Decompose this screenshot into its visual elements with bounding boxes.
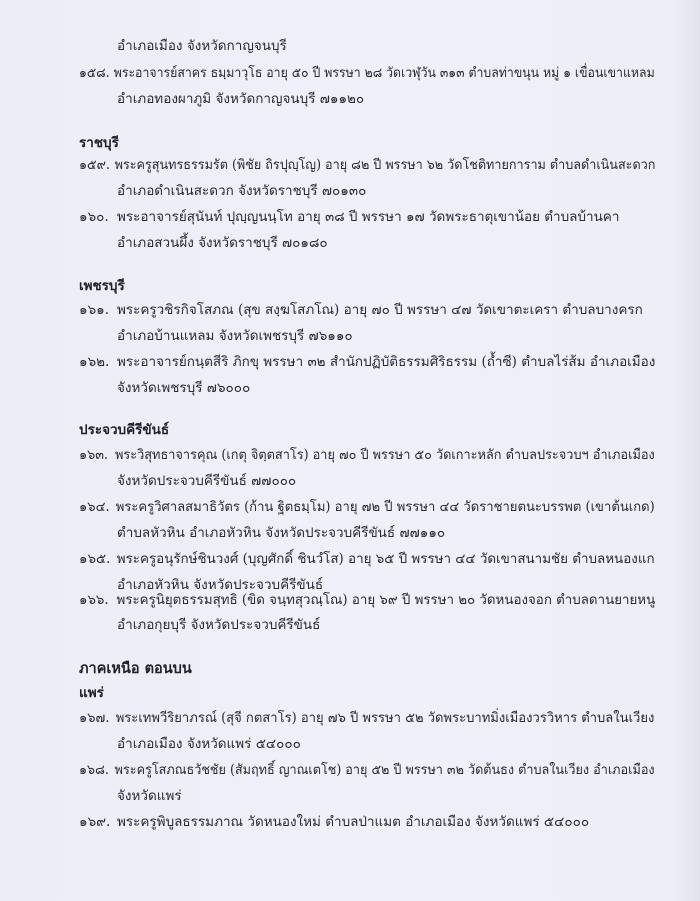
item-text: พระวิสุทธาจารคุณ (เกตุ จิตฺตสาโร) อายุ ๗… [115,447,655,463]
item-number: ๑๖๘. [79,760,115,780]
list-item-162: ๑๖๒.พระอาจารย์กนฺตสีริ ภิกขุ พรรษา ๓๒ สำ… [79,352,655,372]
item-number: ๑๖๕. [79,549,117,569]
item-number: ๑๖๒. [79,352,117,372]
list-item-165: ๑๖๕.พระครูอนุรักษ์ชินวงศ์ (บุญศักดิ์ ชิน… [79,549,655,569]
entry-continuation: อำเภอทองผาภูมิ จังหวัดกาญจนบุรี ๗๑๑๒๐ [117,89,364,109]
item-number: ๑๕๘. [79,63,114,83]
item-text: พระอาจารย์สาคร ธมฺมาวุโธ อายุ ๕๐ ปี พรรษ… [114,65,655,81]
region-heading-upper-north: ภาคเหนือ ตอนบน [79,659,192,679]
entry-continuation: อำเภอเมือง จังหวัดกาญจนบุรี [117,36,287,56]
item-text: พระครูสุนทรธรรมรัต (พิชัย ถิรปุญฺโญ) อาย… [115,157,656,173]
entry-continuation: อำเภอกุยบุรี จังหวัดประจวบคีรีขันธ์ [117,615,320,635]
item-text: พระครูนิยุตธรรมสุทธิ (ขิด จนฺทสุวณฺโณ) อ… [117,592,656,608]
entry-continuation: จังหวัดประจวบคีรีขันธ์ ๗๗๐๐๐ [117,471,296,491]
entry-continuation: อำเภอดำเนินสะดวก จังหวัดราชบุรี ๗๐๑๓๐ [117,181,366,201]
province-heading-ratchaburi: ราชบุรี [79,133,119,153]
item-text: พระครูพิบูลธรรมภาณ วัดหนองใหม่ ตำบลป่าแม… [117,814,589,830]
item-number: ๑๖๗. [79,708,116,728]
item-number: ๑๖๐. [79,207,117,227]
item-number: ๑๖๓. [79,445,115,465]
province-heading-prachuap: ประจวบคีรีขันธ์ [79,420,169,440]
province-heading-phetchaburi: เพชรบุรี [79,276,125,296]
list-item-160: ๑๖๐.พระอาจารย์สุนันท์ ปุญฺญนนฺโท อายุ ๓๘… [79,207,619,227]
list-item-166: ๑๖๖.พระครูนิยุตธรรมสุทธิ (ขิด จนฺทสุวณฺโ… [79,590,655,610]
entry-continuation: ตำบลหัวหิน อำเภอหัวหิน จังหวัดประจวบคีรี… [117,523,445,543]
item-number: ๑๖๙. [79,812,117,832]
item-number: ๑๕๙. [79,155,115,175]
entry-continuation: อำเภอเมือง จังหวัดแพร่ ๕๔๐๐๐ [117,734,301,754]
item-text: พระครูโสภณธวัชชัย (สัมฤทธิ์ ญาณเตโช) อาย… [115,762,655,778]
item-number: ๑๖๖. [79,590,117,610]
list-item-164: ๑๖๔.พระครูวิศาลสมาธิวัตร (ก้าน ฐิตธมฺโม)… [79,497,655,517]
list-item-161: ๑๖๑.พระครูวชิรกิจโสภณ (สุข สงฺฆโสภโณ) อา… [79,300,643,320]
item-text: พระอาจารย์สุนันท์ ปุญฺญนนฺโท อายุ ๓๘ ปี … [117,209,619,225]
list-item-158: ๑๕๘.พระอาจารย์สาคร ธมฺมาวุโธ อายุ ๕๐ ปี … [79,63,655,83]
list-item-169: ๑๖๙.พระครูพิบูลธรรมภาณ วัดหนองใหม่ ตำบลป… [79,812,589,832]
entry-continuation: อำเภอบ้านแหลม จังหวัดเพชรบุรี ๗๖๑๑๐ [117,326,353,346]
item-number: ๑๖๔. [79,497,116,517]
item-text: พระครูวิศาลสมาธิวัตร (ก้าน ฐิตธมฺโม) อาย… [116,499,655,515]
list-item-167: ๑๖๗.พระเทพวีริยาภรณ์ (สุจี กตสาโร) อายุ … [79,708,654,728]
item-number: ๑๖๑. [79,300,117,320]
list-item-168: ๑๖๘.พระครูโสภณธวัชชัย (สัมฤทธิ์ ญาณเตโช)… [79,760,655,780]
item-text: พระอาจารย์กนฺตสีริ ภิกขุ พรรษา ๓๒ สำนักป… [117,354,655,370]
entry-continuation: จังหวัดเพชรบุรี ๗๖๐๐๐ [117,378,250,398]
entry-continuation: อำเภอสวนผึ้ง จังหวัดราชบุรี ๗๐๑๘๐ [117,233,328,253]
item-text: พระครูอนุรักษ์ชินวงศ์ (บุญศักดิ์ ชินวํโส… [117,551,655,567]
province-heading-phrae: แพร่ [79,683,104,703]
scanned-document-page: อำเภอเมือง จังหวัดกาญจนบุรี ๑๕๘.พระอาจาร… [0,0,700,901]
item-text: พระเทพวีริยาภรณ์ (สุจี กตสาโร) อายุ ๗๖ ป… [116,710,655,726]
list-item-163: ๑๖๓.พระวิสุทธาจารคุณ (เกตุ จิตฺตสาโร) อา… [79,445,655,465]
entry-continuation: จังหวัดแพร่ [117,786,182,806]
list-item-159: ๑๕๙.พระครูสุนทรธรรมรัต (พิชัย ถิรปุญฺโญ)… [79,155,655,175]
item-text: พระครูวชิรกิจโสภณ (สุข สงฺฆโสภโณ) อายุ ๗… [117,302,643,318]
